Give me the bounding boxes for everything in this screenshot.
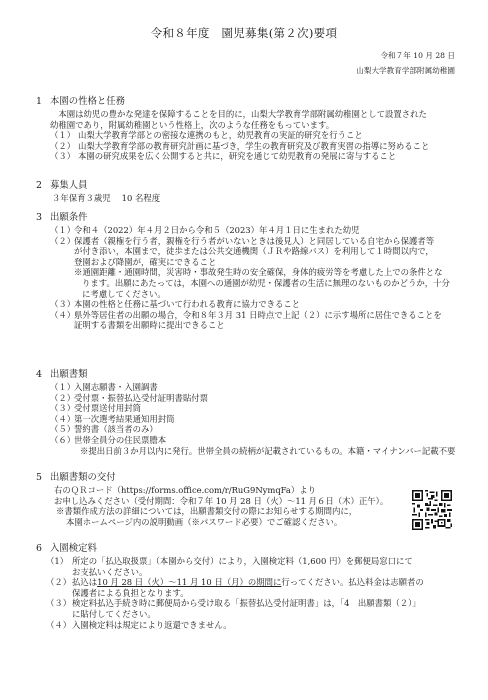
list-item-continuation: が付き添い，本園まで，徒歩または公共交通機関（ＪＲや路線バス）を利用して１時間以… (36, 246, 456, 257)
section-number: 6 (36, 543, 50, 555)
list-item: （３）検定料払込手続き時に郵便局から受け取る「振替払込受付証明書」は，「4 出願… (36, 598, 456, 609)
paragraph: 本園は幼児の豊かな発達を保障することを目的に，山梨大学教育学部附属幼稚園として設… (36, 109, 456, 120)
list-item: （２）山梨大学教育学部の教育研究計画に基づき，学生の教育研究及び教育実習の指導に… (36, 141, 456, 152)
section-number: 2 (36, 180, 50, 192)
list-item: （２）払込は10 月 28 日（火）～11 月 10 日（月）の期間に行ってくだ… (36, 577, 456, 588)
section-title: 出願条件 (50, 212, 88, 223)
list-item: （１）入園志願書・入園調書 (36, 382, 456, 393)
list-item-continuation: 登園および降園が，確実にできること (36, 257, 456, 268)
paragraph: 幼稚園であり，附属幼稚園という性格上，次のような任務をもっています。 (36, 120, 456, 131)
section-6: 6入園検定料 （1）所定の「払込取扱票」（本園から交付）により，入園検定料（1,… (36, 543, 456, 630)
document-page: 令和８年度 園児募集(第２次)要項 令和７年 10 月 28 日 山梨大学教育学… (0, 0, 488, 700)
section-heading: 4出願書類 (36, 369, 456, 381)
list-item: （２）保護者（親権を行う者，親権を行う者がいないときは後見人）と同居している自宅… (36, 236, 456, 247)
note: ※通園距離・通園時間，災害時・事故発生時の安全確保，身体的疲労等を考慮した上での… (36, 267, 456, 278)
list-item-continuation: 保護者による負担となります。 (36, 588, 456, 599)
list-item-continuation: 証明する書類を出願時に提出できること (36, 320, 456, 331)
list-item-continuation: に貼付してください。 (36, 609, 456, 620)
section-number: 5 (36, 472, 50, 484)
qr-code-icon[interactable] (412, 490, 452, 530)
section-title: 入園検定料 (50, 543, 97, 554)
issue-date: 令和７年 10 月 28 日 (380, 51, 455, 62)
note: 本園ホームページ内の説明動画（※パスワード必要）でご確認ください。 (36, 517, 456, 528)
list-item: （４）第一次選考結果通知用封筒 (36, 414, 456, 425)
note: に考慮してください。 (36, 289, 456, 300)
section-4: 4出願書類 （１）入園志願書・入園調書 （２）受付票・振替払込受付証明書貼付票 … (36, 369, 456, 456)
list-item: （１）令和４（2022）年４月２日から令和５（2023）年４月１日に生まれた幼児 (36, 225, 456, 236)
list-item: （４）入園検定料は規定により返還できません。 (36, 620, 456, 631)
list-item: （1）所定の「払込取扱票」（本園から交付）により，入園検定料（1,600 円）を… (36, 556, 456, 567)
section-title: 募集人員 (50, 180, 88, 191)
list-item: （２）受付票・振替払込受付証明書貼付票 (36, 393, 456, 404)
qr-instruction: 右のＱＲコード（https://forms.office.com/r/RuG9N… (36, 485, 456, 496)
form-link[interactable]: 右のＱＲコード（https://forms.office.com/r/RuG9N… (54, 485, 316, 495)
note: ります。出願にあたっては，本園への通園が幼児・保護者の生活に無理のないものかどう… (36, 278, 456, 289)
list-item: （３）受付票送付用封筒 (36, 403, 456, 414)
section-heading: 6入園検定料 (36, 543, 456, 555)
section-heading: 1本園の性格と任務 (36, 96, 456, 108)
section-heading: 5出願書類の交付 (36, 472, 456, 484)
recruitment-count: ３年保育３歳児 10 名程度 (36, 193, 456, 204)
section-number: 1 (36, 96, 50, 108)
organization-name: 山梨大学教育学部附属幼稚園 (356, 66, 455, 77)
list-item: （１）山梨大学教育学部との密接な連携のもと，幼児教育の実証的研究を行うこと (36, 130, 456, 141)
list-item: （３）本園の性格と任務に基づいて行われる教育に協力できること (36, 299, 456, 310)
page-title: 令和８年度 園児募集(第２次)要項 (0, 28, 488, 39)
list-item: （６）世帯全員分の住民票謄本 (36, 435, 456, 446)
section-number: 4 (36, 369, 50, 381)
list-item-continuation: お支払いください。 (36, 567, 456, 578)
section-heading: 3出願条件 (36, 212, 456, 224)
section-1: 1本園の性格と任務 本園は幼児の豊かな発達を保障することを目的に，山梨大学教育学… (36, 96, 456, 162)
section-heading: 2募集人員 (36, 180, 456, 192)
section-2: 2募集人員 ３年保育３歳児 10 名程度 (36, 180, 456, 204)
section-5: 5出願書類の交付 右のＱＲコード（https://forms.office.co… (36, 472, 456, 527)
section-number: 3 (36, 212, 50, 224)
section-title: 本園の性格と任務 (50, 96, 125, 107)
section-title: 出願書類 (50, 369, 88, 380)
section-3: 3出願条件 （１）令和４（2022）年４月２日から令和５（2023）年４月１日に… (36, 212, 456, 331)
note: ※提出日前３か月以内に発行。世帯全員の続柄が記載されているもの。本籍・マイナンバ… (36, 446, 456, 457)
note: ※書類作成方法の詳細については，出願書類交付の際にお知らせする期間内に， (36, 506, 456, 517)
list-item: （３）本園の研究成果を広く公開すると共に，研究を通じて幼児教育の発展に寄与するこ… (36, 151, 456, 162)
payment-period: 10 月 28 日（火）～11 月 10 日（月）の期間に (97, 577, 281, 588)
list-item: （５）誓約書（該当者のみ） (36, 424, 456, 435)
list-item: （４）県外等居住者の出願の場合，令和８年３月 31 日時点で上記（２）に示す場所… (36, 310, 456, 321)
section-title: 出願書類の交付 (50, 472, 116, 483)
application-period: お申し込みください（受付期間：令和７年 10 月 28 日（火）～11 月６日（… (36, 496, 456, 507)
